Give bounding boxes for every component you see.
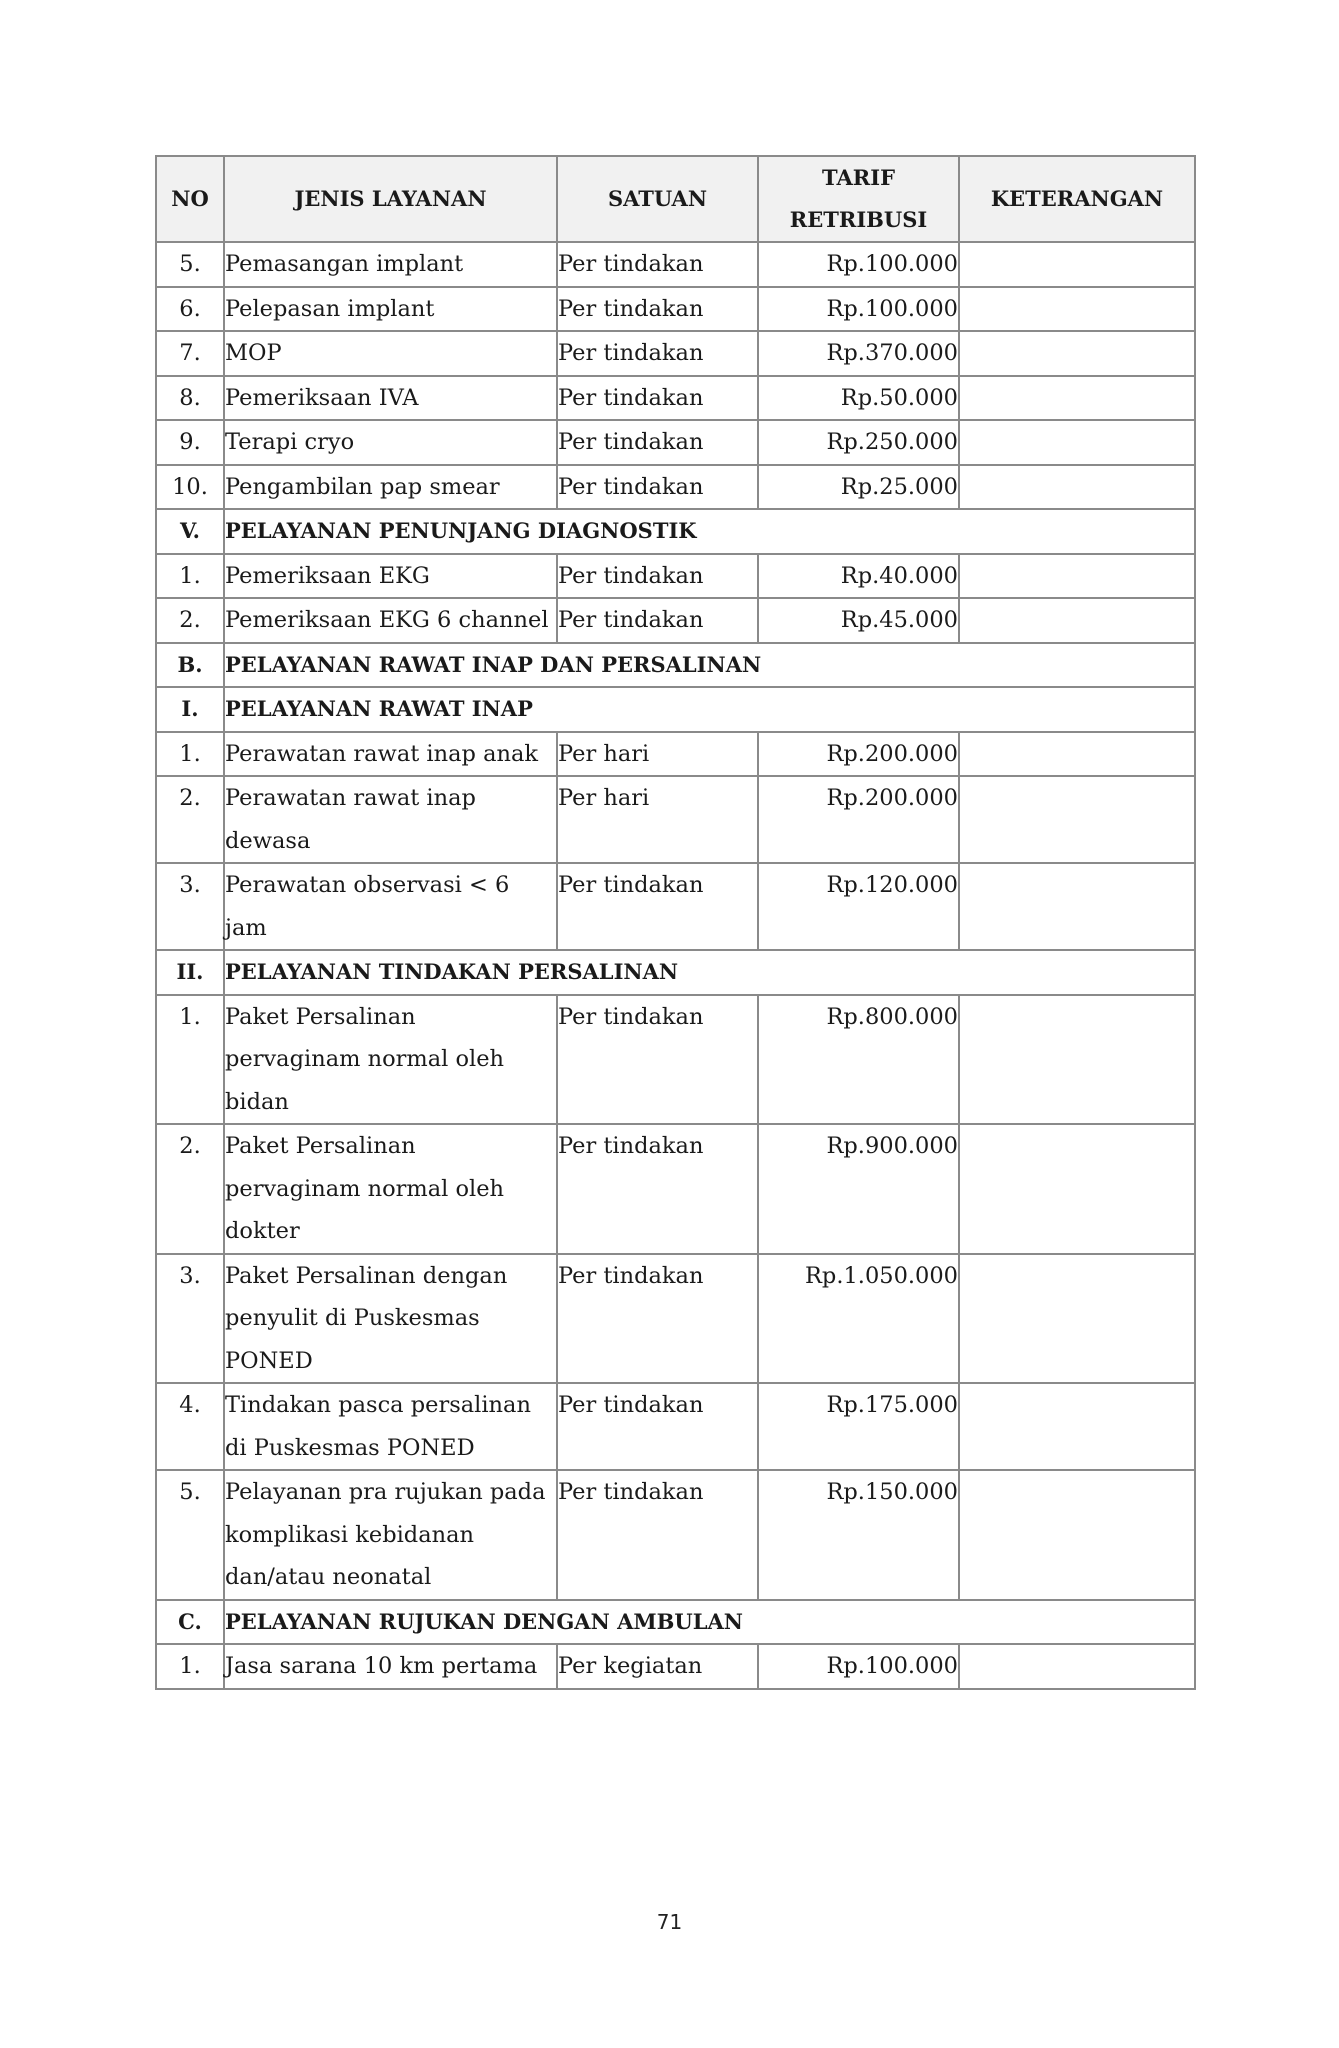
service-name: Paket Persalinan pervaginam normal oleh … xyxy=(224,995,557,1125)
tarif-retribusi-table: NO JENIS LAYANAN SATUAN TARIF RETRIBUSI … xyxy=(155,155,1196,1690)
tariff-amount: Rp.50.000 xyxy=(758,376,959,421)
unit: Per tindakan xyxy=(557,554,758,599)
section-number: V. xyxy=(156,509,224,554)
service-name: Jasa sarana 10 km pertama xyxy=(224,1644,557,1689)
unit: Per tindakan xyxy=(557,465,758,510)
service-name: Tindakan pasca persalinan di Puskesmas P… xyxy=(224,1383,557,1470)
row-number: 1. xyxy=(156,1644,224,1689)
tariff-amount: Rp.150.000 xyxy=(758,1470,959,1600)
table-row: 1.Pemeriksaan EKGPer tindakanRp.40.000 xyxy=(156,554,1195,599)
service-name: Paket Persalinan dengan penyulit di Pusk… xyxy=(224,1254,557,1384)
section-title: PELAYANAN RAWAT INAP DAN PERSALINAN xyxy=(224,643,1195,688)
remarks xyxy=(959,1124,1195,1254)
unit: Per hari xyxy=(557,732,758,777)
tariff-amount: Rp.250.000 xyxy=(758,420,959,465)
section-title: PELAYANAN PENUNJANG DIAGNOSTIK xyxy=(224,509,1195,554)
service-name: Pelayanan pra rujukan pada komplikasi ke… xyxy=(224,1470,557,1600)
tariff-amount: Rp.100.000 xyxy=(758,1644,959,1689)
tariff-amount: Rp.900.000 xyxy=(758,1124,959,1254)
unit: Per tindakan xyxy=(557,1124,758,1254)
remarks xyxy=(959,376,1195,421)
table-row: 1.Perawatan rawat inap anakPer hariRp.20… xyxy=(156,732,1195,777)
remarks xyxy=(959,554,1195,599)
table-row: 4.Tindakan pasca persalinan di Puskesmas… xyxy=(156,1383,1195,1470)
service-name: Pemasangan implant xyxy=(224,242,557,287)
service-name: Perawatan rawat inap dewasa xyxy=(224,776,557,863)
unit: Per tindakan xyxy=(557,598,758,643)
unit: Per tindakan xyxy=(557,376,758,421)
table-row: 7.MOPPer tindakanRp.370.000 xyxy=(156,331,1195,376)
table-row: 8.Pemeriksaan IVAPer tindakanRp.50.000 xyxy=(156,376,1195,421)
remarks xyxy=(959,1383,1195,1470)
row-number: 5. xyxy=(156,1470,224,1600)
row-number: 4. xyxy=(156,1383,224,1470)
table-row: 10.Pengambilan pap smearPer tindakanRp.2… xyxy=(156,465,1195,510)
unit: Per tindakan xyxy=(557,242,758,287)
section-row: II.PELAYANAN TINDAKAN PERSALINAN xyxy=(156,950,1195,995)
section-row: I.PELAYANAN RAWAT INAP xyxy=(156,687,1195,732)
header-tarif-line2: RETRIBUSI xyxy=(759,199,958,241)
remarks xyxy=(959,776,1195,863)
row-number: 8. xyxy=(156,376,224,421)
section-title: PELAYANAN RUJUKAN DENGAN AMBULAN xyxy=(224,1600,1195,1645)
tariff-amount: Rp.100.000 xyxy=(758,242,959,287)
row-number: 1. xyxy=(156,995,224,1125)
row-number: 1. xyxy=(156,732,224,777)
table-row: 1.Paket Persalinan pervaginam normal ole… xyxy=(156,995,1195,1125)
row-number: 3. xyxy=(156,863,224,950)
section-number: B. xyxy=(156,643,224,688)
row-number: 2. xyxy=(156,1124,224,1254)
service-name: Pengambilan pap smear xyxy=(224,465,557,510)
unit: Per tindakan xyxy=(557,1470,758,1600)
service-name: Paket Persalinan pervaginam normal oleh … xyxy=(224,1124,557,1254)
row-number: 6. xyxy=(156,287,224,332)
remarks xyxy=(959,1470,1195,1600)
table-row: 5.Pemasangan implantPer tindakanRp.100.0… xyxy=(156,242,1195,287)
header-no: NO xyxy=(156,156,224,242)
table-row: 3.Perawatan observasi < 6 jamPer tindaka… xyxy=(156,863,1195,950)
row-number: 5. xyxy=(156,242,224,287)
unit: Per kegiatan xyxy=(557,1644,758,1689)
unit: Per tindakan xyxy=(557,1383,758,1470)
table-body: 5.Pemasangan implantPer tindakanRp.100.0… xyxy=(156,242,1195,1689)
section-title: PELAYANAN RAWAT INAP xyxy=(224,687,1195,732)
table-header-row: NO JENIS LAYANAN SATUAN TARIF RETRIBUSI … xyxy=(156,156,1195,242)
header-tarif-line1: TARIF xyxy=(759,157,958,199)
unit: Per tindakan xyxy=(557,420,758,465)
service-name: Perawatan observasi < 6 jam xyxy=(224,863,557,950)
service-name: Pemeriksaan IVA xyxy=(224,376,557,421)
tariff-amount: Rp.25.000 xyxy=(758,465,959,510)
page-number: 71 xyxy=(0,1910,1339,1934)
service-name: Perawatan rawat inap anak xyxy=(224,732,557,777)
remarks xyxy=(959,465,1195,510)
tariff-amount: Rp.370.000 xyxy=(758,331,959,376)
remarks xyxy=(959,242,1195,287)
section-number: II. xyxy=(156,950,224,995)
table-row: 2.Paket Persalinan pervaginam normal ole… xyxy=(156,1124,1195,1254)
unit: Per tindakan xyxy=(557,995,758,1125)
unit: Per tindakan xyxy=(557,331,758,376)
service-name: Pemeriksaan EKG xyxy=(224,554,557,599)
header-satuan: SATUAN xyxy=(557,156,758,242)
section-row: C.PELAYANAN RUJUKAN DENGAN AMBULAN xyxy=(156,1600,1195,1645)
remarks xyxy=(959,1644,1195,1689)
remarks xyxy=(959,420,1195,465)
table-row: 1.Jasa sarana 10 km pertamaPer kegiatanR… xyxy=(156,1644,1195,1689)
tariff-amount: Rp.120.000 xyxy=(758,863,959,950)
row-number: 7. xyxy=(156,331,224,376)
table-row: 2.Pemeriksaan EKG 6 channelPer tindakanR… xyxy=(156,598,1195,643)
row-number: 10. xyxy=(156,465,224,510)
table-row: 2.Perawatan rawat inap dewasaPer hariRp.… xyxy=(156,776,1195,863)
section-row: V.PELAYANAN PENUNJANG DIAGNOSTIK xyxy=(156,509,1195,554)
row-number: 2. xyxy=(156,598,224,643)
table-row: 3.Paket Persalinan dengan penyulit di Pu… xyxy=(156,1254,1195,1384)
remarks xyxy=(959,1254,1195,1384)
unit: Per tindakan xyxy=(557,863,758,950)
unit: Per hari xyxy=(557,776,758,863)
tariff-amount: Rp.800.000 xyxy=(758,995,959,1125)
header-jenis-layanan: JENIS LAYANAN xyxy=(224,156,557,242)
section-number: I. xyxy=(156,687,224,732)
tariff-amount: Rp.175.000 xyxy=(758,1383,959,1470)
remarks xyxy=(959,732,1195,777)
section-row: B.PELAYANAN RAWAT INAP DAN PERSALINAN xyxy=(156,643,1195,688)
service-name: Terapi cryo xyxy=(224,420,557,465)
remarks xyxy=(959,331,1195,376)
table-row: 9.Terapi cryoPer tindakanRp.250.000 xyxy=(156,420,1195,465)
tariff-amount: Rp.200.000 xyxy=(758,732,959,777)
service-name: Pelepasan implant xyxy=(224,287,557,332)
unit: Per tindakan xyxy=(557,287,758,332)
service-name: MOP xyxy=(224,331,557,376)
remarks xyxy=(959,598,1195,643)
remarks xyxy=(959,287,1195,332)
table-row: 6.Pelepasan implantPer tindakanRp.100.00… xyxy=(156,287,1195,332)
header-keterangan: KETERANGAN xyxy=(959,156,1195,242)
tariff-amount: Rp.40.000 xyxy=(758,554,959,599)
row-number: 9. xyxy=(156,420,224,465)
tariff-amount: Rp.100.000 xyxy=(758,287,959,332)
table-row: 5.Pelayanan pra rujukan pada komplikasi … xyxy=(156,1470,1195,1600)
row-number: 2. xyxy=(156,776,224,863)
header-tarif-retribusi: TARIF RETRIBUSI xyxy=(758,156,959,242)
tariff-amount: Rp.45.000 xyxy=(758,598,959,643)
tariff-amount: Rp.1.050.000 xyxy=(758,1254,959,1384)
unit: Per tindakan xyxy=(557,1254,758,1384)
section-title: PELAYANAN TINDAKAN PERSALINAN xyxy=(224,950,1195,995)
remarks xyxy=(959,995,1195,1125)
row-number: 1. xyxy=(156,554,224,599)
row-number: 3. xyxy=(156,1254,224,1384)
section-number: C. xyxy=(156,1600,224,1645)
tariff-amount: Rp.200.000 xyxy=(758,776,959,863)
service-name: Pemeriksaan EKG 6 channel xyxy=(224,598,557,643)
remarks xyxy=(959,863,1195,950)
